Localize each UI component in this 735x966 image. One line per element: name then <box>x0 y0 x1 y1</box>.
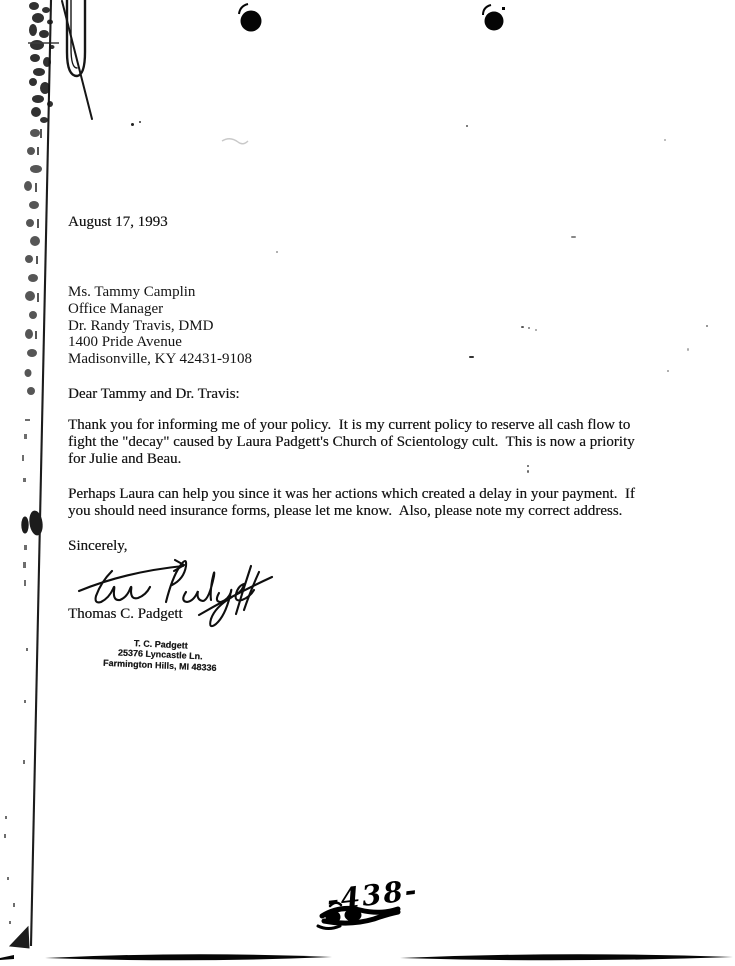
handwritten-page-number: -438- <box>318 873 420 928</box>
bottom-scan-border <box>0 954 733 960</box>
paperclip <box>62 0 92 119</box>
recipient-city-state-zip: Madisonville, KY 42431-9108 <box>68 351 252 368</box>
toner-speck <box>706 325 708 327</box>
letter-date: August 17, 1993 <box>68 214 168 231</box>
toner-speck <box>528 327 530 329</box>
toner-speck <box>521 326 524 328</box>
body-paragraph-1: Thank you for informing me of your polic… <box>68 417 635 469</box>
scan-edge-line <box>10 0 51 948</box>
faint-smudge <box>222 139 248 144</box>
recipient-address-block: Ms. Tammy Camplin Office Manager Dr. Ran… <box>68 284 252 368</box>
recipient-name: Ms. Tammy Camplin <box>68 284 252 301</box>
typed-sender-name: Thomas C. Padgett <box>68 606 183 623</box>
ink-blob <box>28 510 43 535</box>
toner-speck <box>469 356 474 358</box>
recipient-street: 1400 Pride Avenue <box>68 334 252 351</box>
salutation: Dear Tammy and Dr. Travis: <box>68 386 240 403</box>
toner-speck <box>664 139 666 141</box>
scan-noise-band <box>4 2 59 924</box>
body-paragraph-2: Perhaps Laura can help you since it was … <box>68 486 635 520</box>
toner-speck <box>131 123 134 126</box>
hole-punch-dot-right <box>485 12 504 31</box>
corner-wedge <box>10 927 29 948</box>
hole-punch-dots <box>239 4 505 32</box>
toner-speck <box>535 329 537 331</box>
recipient-title: Office Manager <box>68 301 252 318</box>
toner-speck <box>276 251 278 253</box>
hole-punch-dot-left <box>241 11 262 32</box>
toner-speck <box>687 348 689 351</box>
scan-artifacts-layer: -438- <box>0 0 735 966</box>
toner-speck <box>527 470 529 473</box>
letter-sheet: -438- August 17, 1993 <box>0 0 735 966</box>
closing: Sincerely, <box>68 538 127 555</box>
toner-speck <box>571 236 576 238</box>
toner-speck <box>466 125 468 127</box>
toner-speck <box>139 121 141 123</box>
toner-speck <box>667 370 669 372</box>
recipient-company: Dr. Randy Travis, DMD <box>68 318 252 335</box>
